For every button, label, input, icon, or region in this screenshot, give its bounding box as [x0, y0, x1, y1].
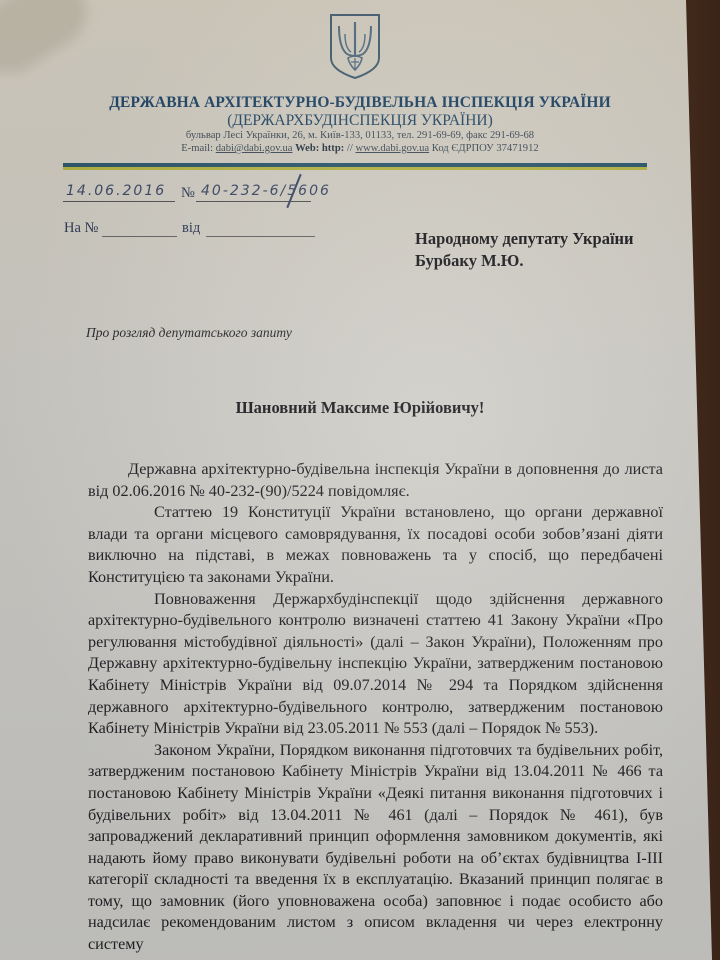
email-link[interactable]: dabi@dabi.gov.ua	[216, 143, 293, 154]
body-paragraph: Державна архітектурно-будівельна інспекц…	[88, 459, 663, 502]
page-corner-shadow	[0, 0, 99, 86]
letter-page: ДЕРЖАВНА АРХІТЕКТУРНО-БУДІВЕЛЬНА ІНСПЕКЦ…	[0, 0, 720, 960]
reply-to-number-blank	[102, 236, 177, 237]
outgoing-number-handwritten: 40-232-6/5606	[201, 183, 331, 199]
body-paragraph: Статтею 19 Конституції України встановле…	[88, 502, 663, 588]
ukraine-trident-coat-of-arms-icon	[328, 12, 382, 80]
organization-short-name: (ДЕРЖАРХБУДІНСПЕКЦІЯ УКРАЇНИ)	[0, 112, 720, 130]
date-underline	[63, 201, 175, 202]
email-label: E-mail:	[181, 143, 213, 154]
organization-contacts: E-mail: dabi@dabi.gov.ua Web: http: // w…	[0, 143, 720, 154]
reply-from-date-blank	[206, 236, 315, 237]
number-underline	[196, 201, 311, 202]
letter-body: Державна архітектурно-будівельна інспекц…	[88, 459, 663, 956]
reply-from-label: від	[182, 220, 200, 237]
website-link[interactable]: www.dabi.gov.ua	[355, 143, 429, 154]
outgoing-date-handwritten: 14.06.2016	[66, 183, 166, 199]
edrpou-code: Код ЄДРПОУ 37471912	[432, 143, 539, 154]
flag-stripe-yellow	[63, 167, 647, 170]
reply-to-number-label: На №	[64, 220, 98, 237]
salutation: Шановний Максиме Юрійовичу!	[0, 398, 720, 418]
body-paragraph: Повноваження Держархбудінспекції щодо зд…	[88, 589, 663, 740]
body-paragraph: Законом України, Порядком виконання підг…	[88, 740, 663, 956]
addressee-title: Народному депутату України	[415, 228, 634, 250]
web-separator: //	[347, 143, 353, 154]
addressee-block: Народному депутату України Бурбаку М.Ю.	[415, 228, 634, 272]
organization-address: бульвар Лесі Українки, 26, м. Київ-133, …	[0, 130, 720, 141]
organization-title: ДЕРЖАВНА АРХІТЕКТУРНО-БУДІВЕЛЬНА ІНСПЕКЦ…	[0, 94, 720, 112]
web-label: Web: http:	[295, 143, 344, 154]
addressee-name: Бурбаку М.Ю.	[415, 250, 634, 272]
number-label: №	[181, 185, 195, 202]
letter-subject: Про розгляд депутатського запиту	[86, 325, 292, 341]
